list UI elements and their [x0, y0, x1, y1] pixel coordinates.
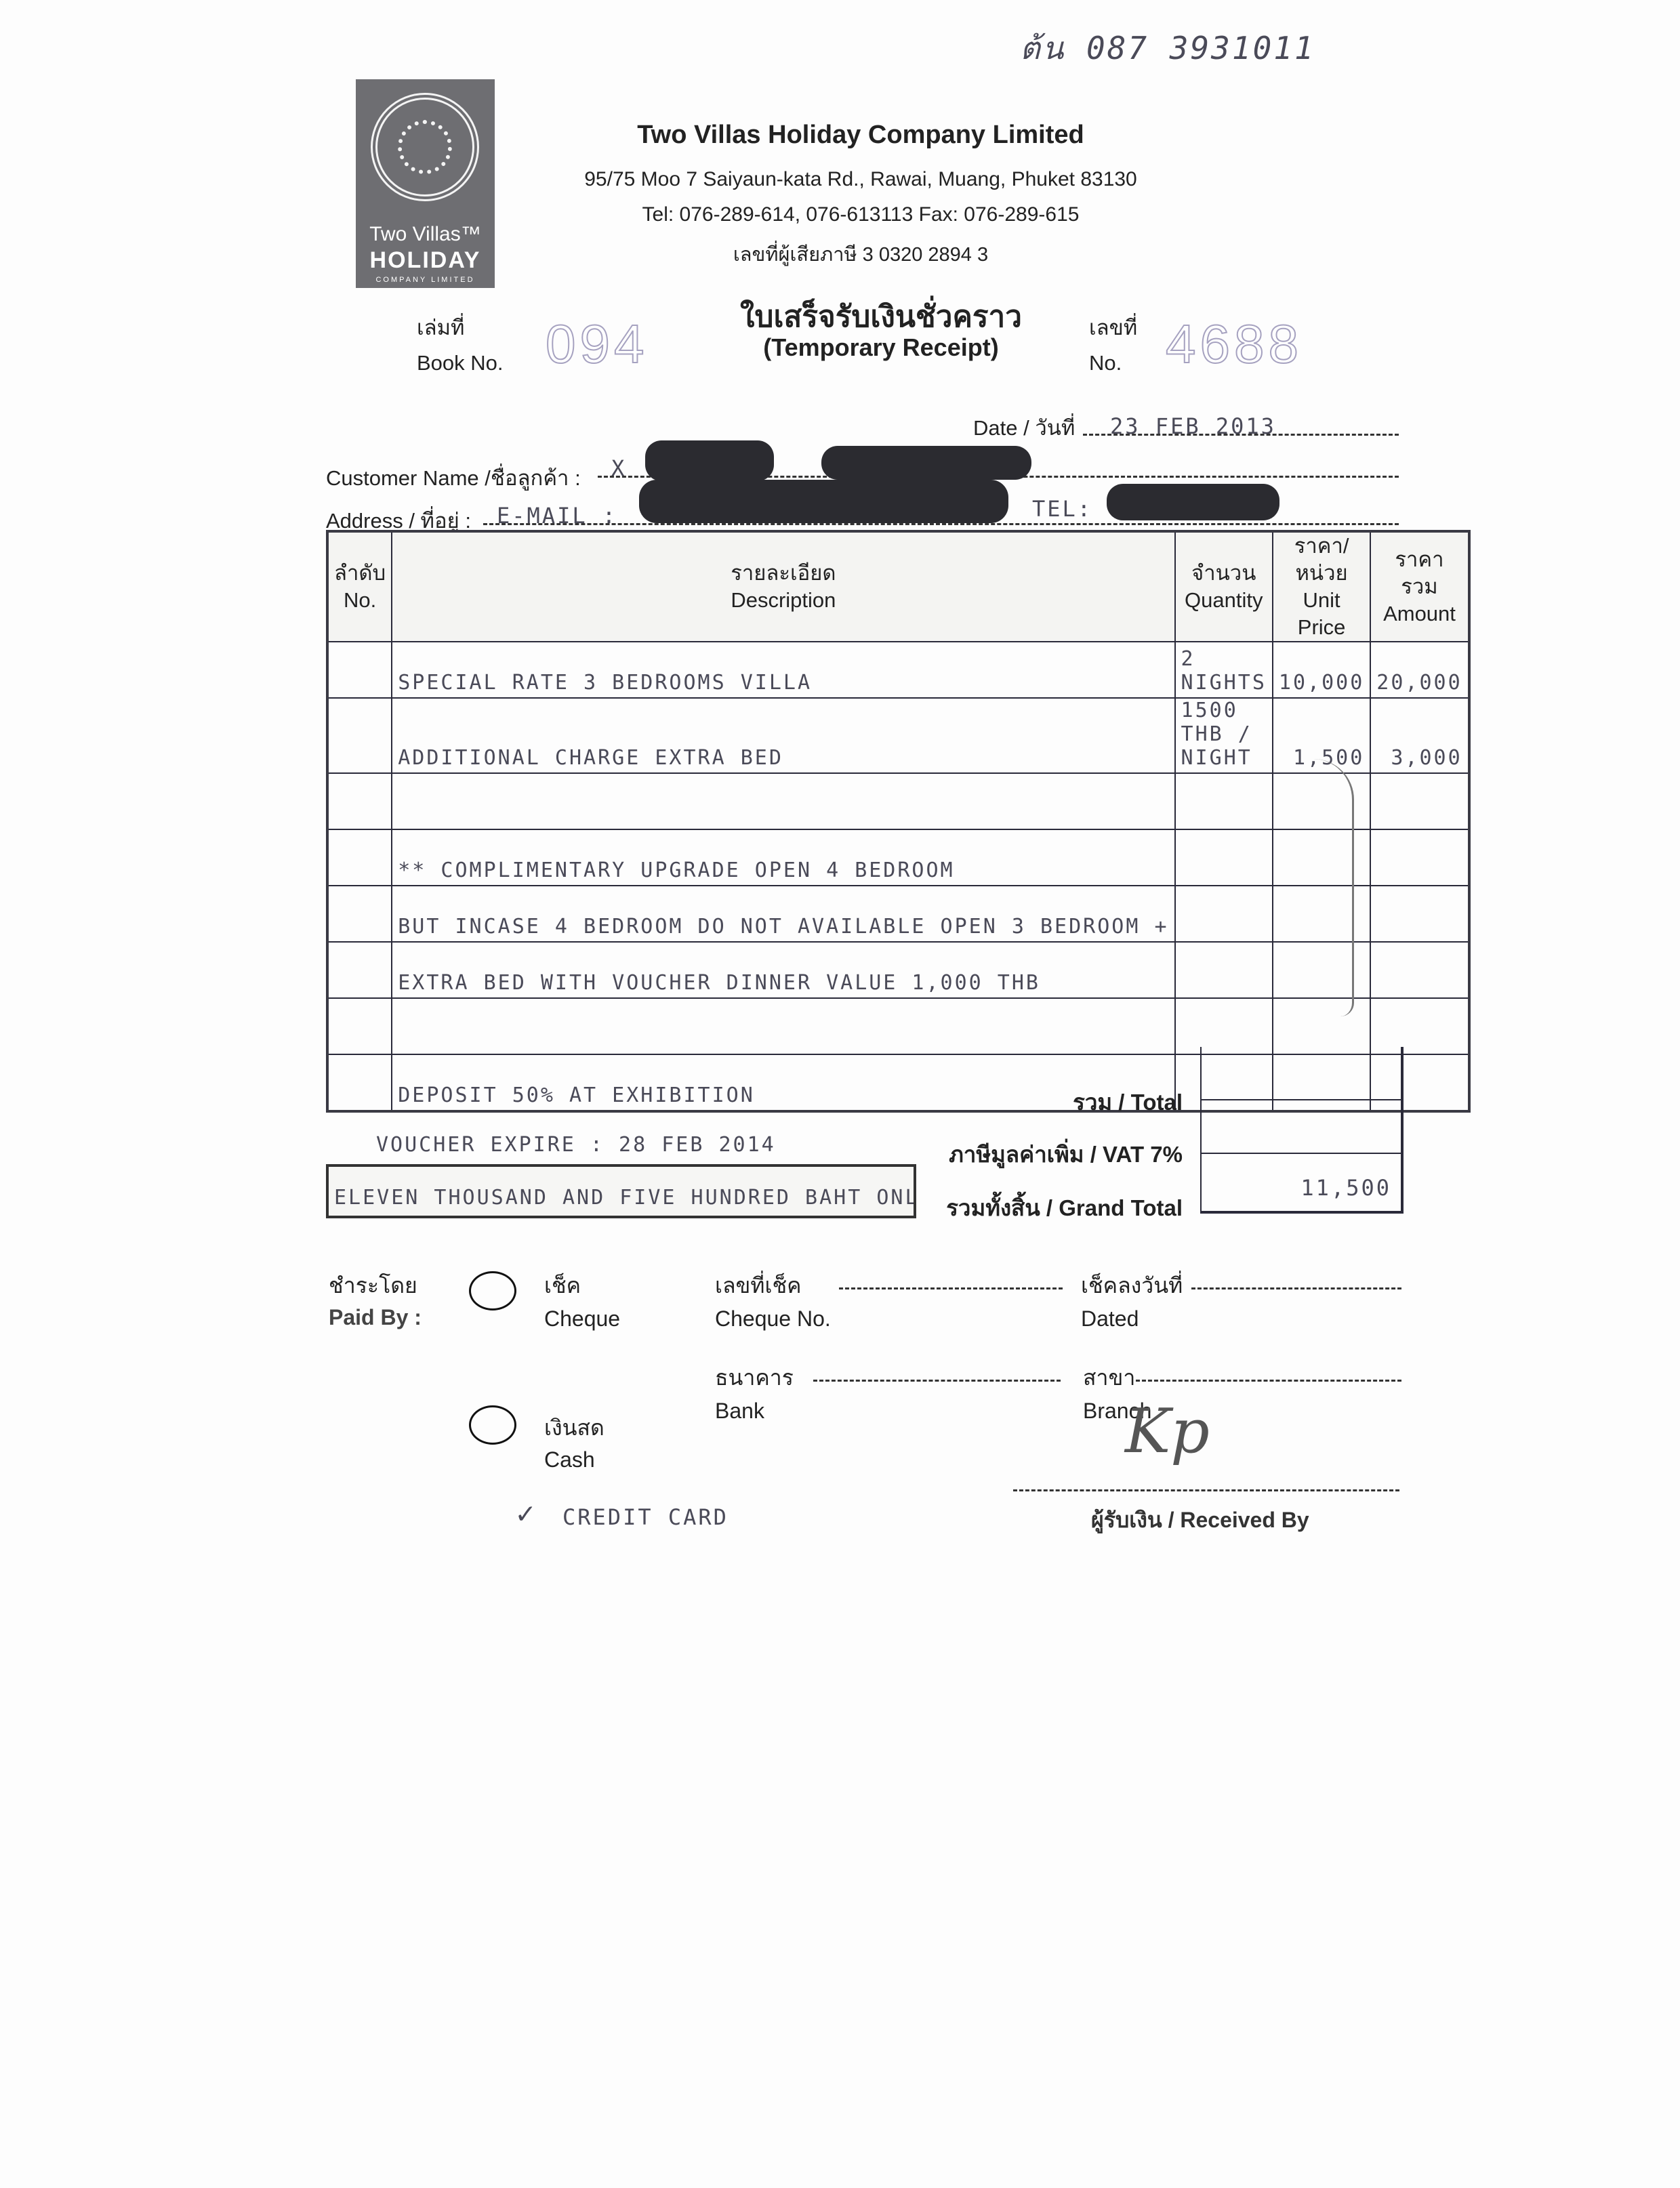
col-header-en: Amount [1376, 600, 1462, 627]
handwritten-bracket-mark [1305, 759, 1354, 1016]
col-header-unit-price: ราคา/หน่วยUnit Price [1273, 531, 1370, 642]
bank-label-en: Bank [715, 1399, 764, 1424]
cell-no [327, 829, 392, 886]
logo-text-two-villas: Two Villas™ [356, 223, 495, 246]
col-header-en: Unit Price [1279, 587, 1364, 641]
amount-in-words: ELEVEN THOUSAND AND FIVE HUNDRED BAHT ON… [326, 1164, 916, 1218]
branch-field[interactable] [1136, 1366, 1401, 1382]
redaction-mark [639, 480, 1008, 523]
cash-label-th: เงินสด [544, 1411, 605, 1445]
col-header-th: ราคารวม [1376, 546, 1462, 600]
redaction-mark [821, 446, 1031, 480]
branch-label-th: สาขา [1083, 1361, 1135, 1395]
receipt-number: 4688 [1166, 313, 1303, 375]
paid-by-label-en: Paid By : [329, 1305, 422, 1330]
table-row: BUT INCASE 4 BEDROOM DO NOT AVAILABLE OP… [327, 886, 1469, 942]
company-tax-id: เลขที่ผู้เสียภาษี 3 0320 2894 3 [515, 239, 1206, 270]
book-label-th: เล่มที่ [417, 310, 464, 344]
total-label: รวม / Total [776, 1084, 1183, 1120]
logo-text-holiday: HOLIDAY [356, 247, 495, 274]
cell-no [327, 698, 392, 773]
cell-quantity [1175, 829, 1273, 886]
logo-text-company-limited: COMPANY LIMITED [356, 276, 495, 284]
col-header-en: Description [398, 587, 1168, 614]
table-row [327, 773, 1469, 829]
handwritten-phone-note: ต้น 087 3931011 [1020, 24, 1315, 73]
cell-amount [1370, 998, 1469, 1054]
redaction-mark [1107, 484, 1279, 520]
cell-unit-price: 10,000 [1273, 642, 1370, 698]
vat-value [1202, 1100, 1401, 1154]
bank-label-th: ธนาคาร [715, 1361, 794, 1395]
grand-total-value: 11,500 [1202, 1154, 1401, 1211]
col-header-th: ลำดับ [334, 560, 386, 587]
date-value: 23 FEB 2013 [1110, 413, 1276, 439]
cash-label-en: Cash [544, 1447, 595, 1472]
receipt-no-label-th: เลขที่ [1089, 310, 1137, 344]
cell-quantity: 2 NIGHTS [1175, 642, 1273, 698]
address-field[interactable]: E-MAIL : TEL: [483, 503, 1399, 525]
credit-card-note: CREDIT CARD [562, 1504, 729, 1530]
table-header-row: ลำดับNo. รายละเอียดDescription จำนวนQuan… [327, 531, 1469, 642]
cell-amount [1370, 829, 1469, 886]
check-mark-icon: ✓ [516, 1496, 537, 1531]
col-header-th: ราคา/หน่วย [1279, 533, 1364, 587]
company-address: 95/75 Moo 7 Saiyaun-kata Rd., Rawai, Mua… [515, 168, 1206, 191]
date-label: Date / วันที่ [973, 411, 1075, 445]
signature: Kp [1125, 1396, 1210, 1467]
cell-amount: 20,000 [1370, 642, 1469, 698]
cell-description [392, 998, 1174, 1054]
cell-description: ADDITIONAL CHARGE EXTRA BED [392, 698, 1174, 773]
table-row: EXTRA BED WITH VOUCHER DINNER VALUE 1,00… [327, 942, 1469, 998]
company-name: Two Villas Holiday Company Limited [515, 121, 1206, 150]
table-row: SPECIAL RATE 3 BEDROOMS VILLA2 NIGHTS10,… [327, 642, 1469, 698]
col-header-quantity: จำนวนQuantity [1175, 531, 1273, 642]
redaction-mark [645, 440, 774, 481]
cheque-label-en: Cheque [544, 1306, 620, 1332]
col-header-en: Quantity [1181, 587, 1267, 614]
col-header-th: รายละเอียด [398, 560, 1168, 587]
book-number: 094 [546, 313, 648, 375]
totals-box: 11,500 [1200, 1047, 1404, 1214]
cash-radio[interactable] [469, 1405, 516, 1445]
table-row [327, 998, 1469, 1054]
col-header-description: รายละเอียดDescription [392, 531, 1174, 642]
col-header-en: No. [334, 587, 386, 614]
cell-no [327, 773, 392, 829]
cheque-no-label-th: เลขที่เช็ค [715, 1268, 802, 1303]
customer-name-field[interactable]: X [598, 455, 1399, 478]
cell-amount [1370, 942, 1469, 998]
receipt-title-en: (Temporary Receipt) [678, 333, 1084, 362]
cell-no [327, 1054, 392, 1111]
table-row: ** COMPLIMENTARY UPGRADE OPEN 4 BEDROOM [327, 829, 1469, 886]
voucher-expiry-note: VOUCHER EXPIRE : 28 FEB 2014 [376, 1133, 776, 1157]
ornamental-emblem-icon [371, 93, 479, 201]
cell-no [327, 942, 392, 998]
customer-name-label: Customer Name /ชื่อลูกค้า : [326, 461, 581, 495]
col-header-th: จำนวน [1181, 560, 1267, 587]
cell-amount: 3,000 [1370, 698, 1469, 773]
received-by-signature-line[interactable] [1013, 1476, 1399, 1491]
cheque-no-field[interactable] [839, 1274, 1063, 1289]
cell-quantity [1175, 998, 1273, 1054]
cell-quantity [1175, 773, 1273, 829]
cell-description: EXTRA BED WITH VOUCHER DINNER VALUE 1,00… [392, 942, 1174, 998]
table-row: ADDITIONAL CHARGE EXTRA BED1500 THB / NI… [327, 698, 1469, 773]
cell-description: ** COMPLIMENTARY UPGRADE OPEN 4 BEDROOM [392, 829, 1174, 886]
bank-field[interactable] [813, 1366, 1061, 1382]
cell-no [327, 998, 392, 1054]
customer-name-value: X [611, 455, 626, 481]
cell-no [327, 642, 392, 698]
cell-amount [1370, 886, 1469, 942]
cell-amount [1370, 773, 1469, 829]
items-table: ลำดับNo. รายละเอียดDescription จำนวนQuan… [326, 530, 1471, 1113]
cell-quantity: 1500 THB / NIGHT [1175, 698, 1273, 773]
cell-no [327, 886, 392, 942]
receipt-no-label-en: No. [1089, 351, 1122, 375]
col-header-amount: ราคารวมAmount [1370, 531, 1469, 642]
tel-label: TEL: [1032, 496, 1092, 522]
col-header-no: ลำดับNo. [327, 531, 392, 642]
dated-label-en: Dated [1081, 1306, 1139, 1332]
received-by-label: ผู้รับเงิน / Received By [1091, 1503, 1309, 1537]
total-value [1202, 1047, 1401, 1100]
dated-field[interactable] [1191, 1274, 1401, 1289]
address-value: E-MAIL : [497, 503, 617, 529]
cell-description: SPECIAL RATE 3 BEDROOMS VILLA [392, 642, 1174, 698]
paid-by-label-th: ชำระโดย [329, 1268, 417, 1303]
cheque-no-label-en: Cheque No. [715, 1306, 831, 1332]
dated-label-th: เช็คลงวันที่ [1081, 1268, 1183, 1303]
company-logo: Two Villas™ HOLIDAY COMPANY LIMITED [356, 79, 495, 288]
cell-description: BUT INCASE 4 BEDROOM DO NOT AVAILABLE OP… [392, 886, 1174, 942]
company-contact: Tel: 076-289-614, 076-613113 Fax: 076-28… [515, 203, 1206, 226]
cell-quantity [1175, 942, 1273, 998]
cheque-radio[interactable] [469, 1271, 516, 1310]
cheque-label-th: เช็ค [544, 1268, 581, 1303]
book-label-en: Book No. [417, 351, 504, 375]
cell-description [392, 773, 1174, 829]
cell-quantity [1175, 886, 1273, 942]
date-field[interactable]: 23 FEB 2013 [1083, 413, 1399, 436]
